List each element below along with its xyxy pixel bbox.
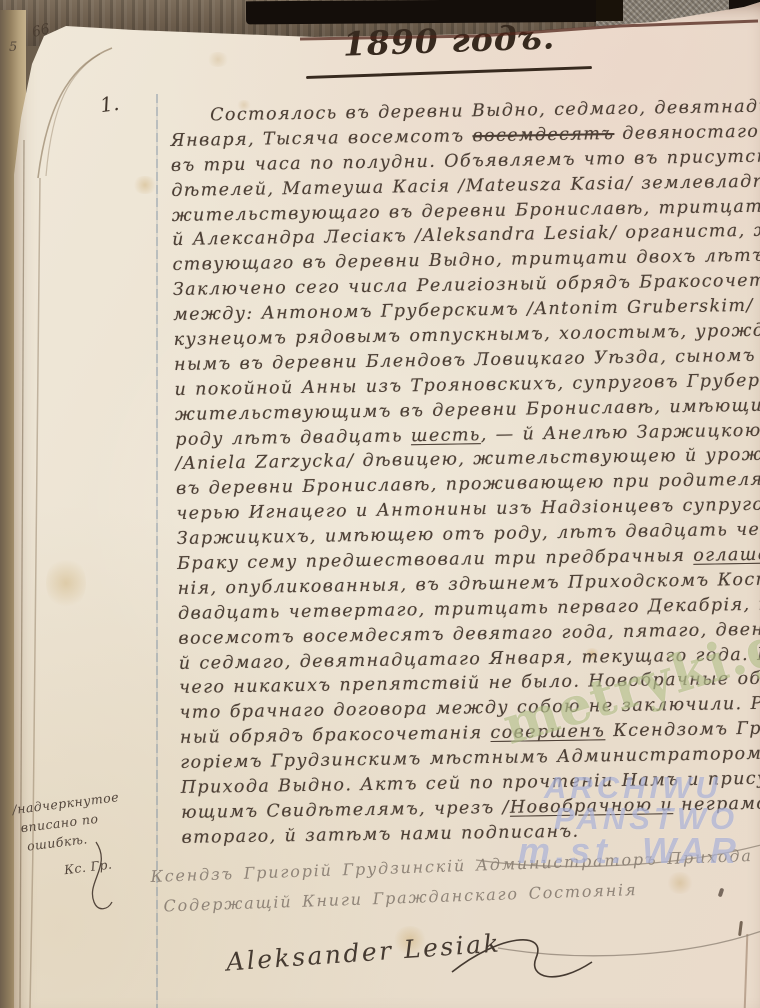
handwritten-text: ный обрядъ бракосочетанія — [180, 723, 491, 748]
archival-document-scan: 5 66 1. 1890 годъ. Состоялось въ деревни… — [0, 0, 760, 1008]
record-number: 1. — [98, 91, 120, 117]
margin-note: /надчеркнутоевписано поошибкѣ.Кс. Гр. — [11, 784, 150, 884]
handwritten-text: роду лѣтъ двадцать — [175, 426, 411, 450]
handwritten-text: ющимъ Свидѣтелямъ, чрезъ / — [181, 798, 510, 823]
handwritten-text: девяностаго года — [614, 121, 760, 144]
archive-watermark-line3: m.st. WAR — [518, 830, 741, 872]
underlined-text: шесть — [411, 425, 481, 446]
paper-stain — [206, 52, 230, 67]
struck-text: восемдесятъ — [472, 124, 614, 146]
manuscript-body: Состоялось въ деревни Выдно, седмаго, де… — [170, 95, 760, 851]
underpage-number: 5 — [9, 40, 17, 55]
handwritten-text: Января, Тысяча восемсотъ — [170, 126, 472, 151]
underlined-text: оглаше- — [693, 545, 760, 566]
paper-stain — [46, 556, 86, 610]
handwritten-text: Ксендзомъ Гри- — [605, 719, 760, 742]
paper-stain — [132, 176, 158, 194]
handwritten-text: , — й Анелѣю Заржицкою — [481, 420, 760, 444]
